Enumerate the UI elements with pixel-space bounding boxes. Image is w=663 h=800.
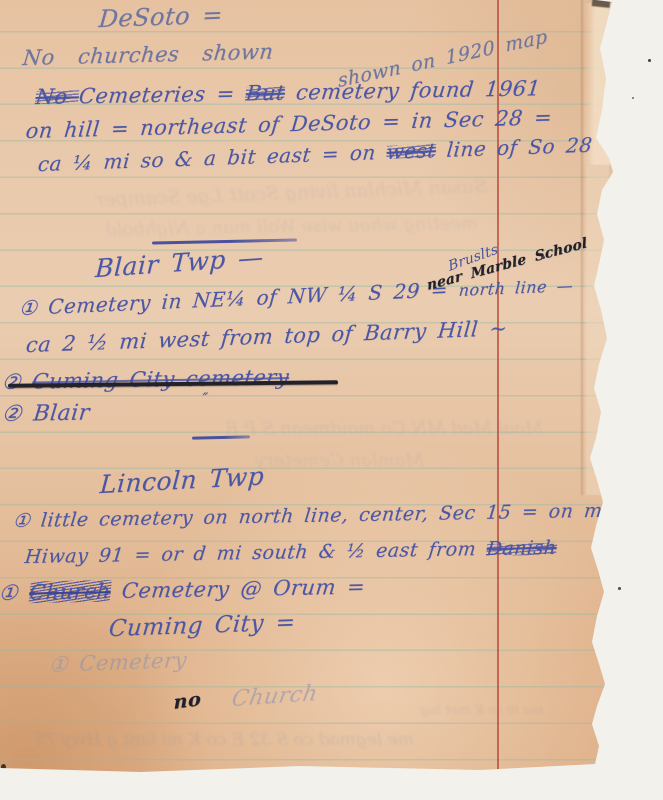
- struck-word: Danish: [486, 537, 558, 560]
- circled-number: ②: [0, 369, 33, 394]
- bleedthrough-text: me legmad co S 32 E co K mi lant g Hwy 7…: [35, 730, 414, 750]
- heading-desoto: DeSoto =: [98, 1, 225, 33]
- circled-number: ①: [0, 580, 31, 605]
- line-no-church: no Church: [172, 690, 202, 712]
- bleedthrough-text: Maal Mad MN Co maidmean S P R: [225, 418, 543, 439]
- scribbled-out-word: Church: [28, 579, 112, 604]
- heading-desoto-text: DeSoto =: [98, 1, 225, 33]
- bleedthrough-text: ma m so K met lug: [420, 703, 543, 718]
- scanned-page: Susan Michlan living Scott Lge Scamper m…: [0, 0, 663, 800]
- dust-speck: [632, 97, 634, 99]
- line-text: cemetery found 1961: [284, 76, 542, 105]
- line-text: Cemetery @ Orum =: [109, 575, 366, 603]
- word-no-black-ink: no: [173, 688, 201, 714]
- dust-speck: [618, 587, 621, 590]
- dust-speck: [648, 59, 651, 62]
- line-text: Cemeteries =: [78, 81, 248, 108]
- line-blair-ditto: ② Blair″: [0, 400, 91, 427]
- struck-phrase: Cuming City cemetery: [31, 365, 290, 394]
- struck-word: No: [34, 84, 80, 109]
- ink-speck: [542, 256, 545, 259]
- notebook-paper: Susan Michlan living Scott Lge Scamper m…: [0, 0, 663, 778]
- line-cemetery-faint: ① Cemetery: [48, 648, 188, 677]
- bleedthrough-text: Mamlan Cemetery: [255, 450, 424, 471]
- torn-edge-flap-mid: [586, 165, 609, 495]
- line-cuming-city-struck: ② Cuming City cemetery: [0, 365, 290, 394]
- line-text: ① Cemetery: [48, 648, 188, 677]
- struck-word: But: [245, 81, 286, 106]
- struck-word: west: [386, 138, 437, 164]
- line-text: ② Blair: [0, 400, 91, 427]
- ink-speck: [1, 764, 6, 770]
